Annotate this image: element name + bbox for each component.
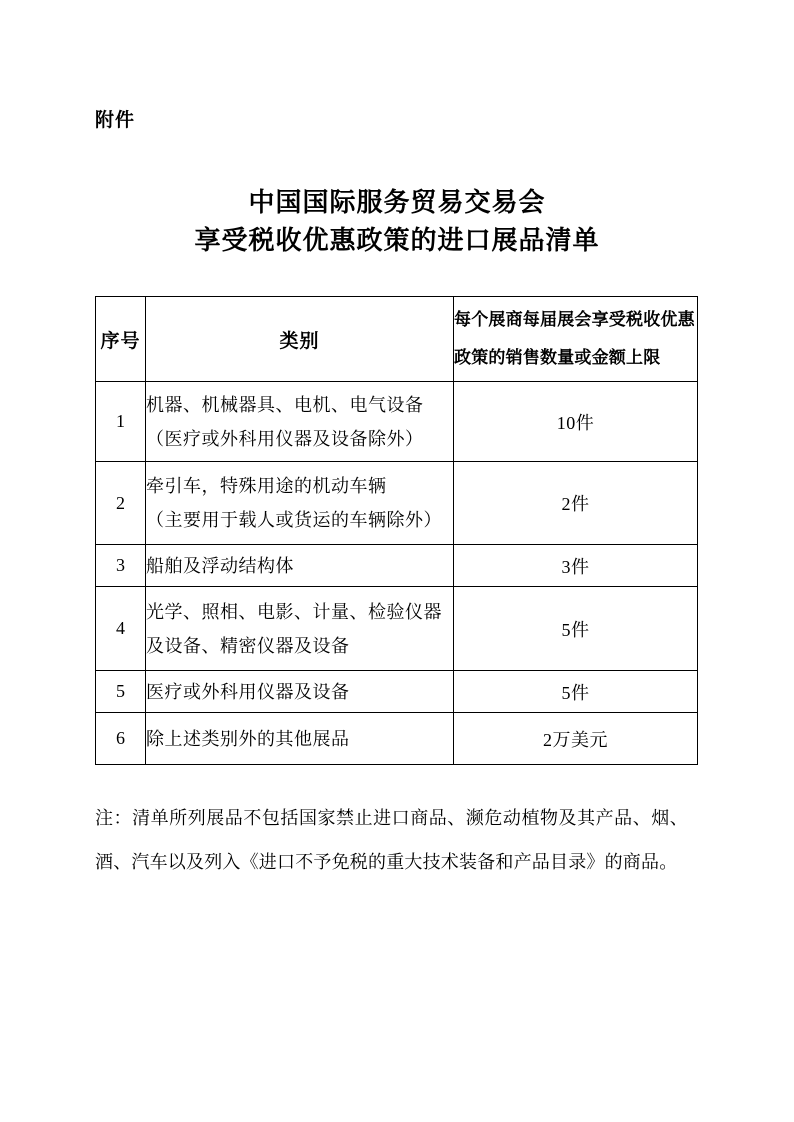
row-category: 医疗或外科用仪器及设备 xyxy=(146,671,454,713)
row-index: 3 xyxy=(96,545,146,587)
row-category-line1: 光学、照相、电影、计量、检验仪器 xyxy=(146,595,453,629)
table-row: 5 医疗或外科用仪器及设备 5件 xyxy=(96,671,698,713)
header-category: 类别 xyxy=(146,297,454,382)
document-title-line1: 中国国际服务贸易交易会 xyxy=(0,183,794,221)
row-category-line2: （主要用于载人或货运的车辆除外） xyxy=(146,503,453,537)
row-category: 机器、机械器具、电机、电气设备（医疗或外科用仪器及设备除外） xyxy=(146,382,454,462)
row-index: 2 xyxy=(96,462,146,545)
row-category-line2: （医疗或外科用仪器及设备除外） xyxy=(146,422,453,456)
row-category: 光学、照相、电影、计量、检验仪器及设备、精密仪器及设备 xyxy=(146,587,454,671)
table-header-row: 序号 类别 每个展商每届展会享受税收优惠政策的销售数量或金额上限 xyxy=(96,297,698,382)
row-category: 除上述类别外的其他展品 xyxy=(146,713,454,765)
row-index: 5 xyxy=(96,671,146,713)
row-category-line1: 医疗或外科用仪器及设备 xyxy=(146,675,453,709)
row-category-line2: 及设备、精密仪器及设备 xyxy=(146,629,453,663)
row-index: 1 xyxy=(96,382,146,462)
attachment-label: 附件 xyxy=(95,107,135,134)
table-row: 1 机器、机械器具、电机、电气设备（医疗或外科用仪器及设备除外） 10件 xyxy=(96,382,698,462)
row-category-line1: 除上述类别外的其他展品 xyxy=(146,722,453,756)
document-page: 附件 中国国际服务贸易交易会 享受税收优惠政策的进口展品清单 序号 类别 每个展… xyxy=(0,0,794,1122)
row-category-line1: 牵引车，特殊用途的机动车辆 xyxy=(146,469,453,503)
row-limit: 5件 xyxy=(454,587,698,671)
row-limit: 3件 xyxy=(454,545,698,587)
table-row: 2 牵引车，特殊用途的机动车辆（主要用于载人或货运的车辆除外） 2件 xyxy=(96,462,698,545)
row-category: 船舶及浮动结构体 xyxy=(146,545,454,587)
header-limit: 每个展商每届展会享受税收优惠政策的销售数量或金额上限 xyxy=(454,297,698,382)
row-index: 4 xyxy=(96,587,146,671)
document-title-line2: 享受税收优惠政策的进口展品清单 xyxy=(0,221,794,259)
note-text: 注：清单所列展品不包括国家禁止进口商品、濒危动植物及其产品、烟、酒、汽车以及列入… xyxy=(95,796,688,884)
row-limit: 2万美元 xyxy=(454,713,698,765)
header-index: 序号 xyxy=(96,297,146,382)
table-row: 3 船舶及浮动结构体 3件 xyxy=(96,545,698,587)
exhibits-table: 序号 类别 每个展商每届展会享受税收优惠政策的销售数量或金额上限 1 机器、机械… xyxy=(95,296,698,765)
row-category: 牵引车，特殊用途的机动车辆（主要用于载人或货运的车辆除外） xyxy=(146,462,454,545)
row-category-line1: 船舶及浮动结构体 xyxy=(146,549,453,583)
row-limit: 2件 xyxy=(454,462,698,545)
document-title: 中国国际服务贸易交易会 享受税收优惠政策的进口展品清单 xyxy=(0,183,794,259)
row-limit: 10件 xyxy=(454,382,698,462)
row-index: 6 xyxy=(96,713,146,765)
row-limit: 5件 xyxy=(454,671,698,713)
row-category-line1: 机器、机械器具、电机、电气设备 xyxy=(146,388,453,422)
table-row: 6 除上述类别外的其他展品 2万美元 xyxy=(96,713,698,765)
table-row: 4 光学、照相、电影、计量、检验仪器及设备、精密仪器及设备 5件 xyxy=(96,587,698,671)
